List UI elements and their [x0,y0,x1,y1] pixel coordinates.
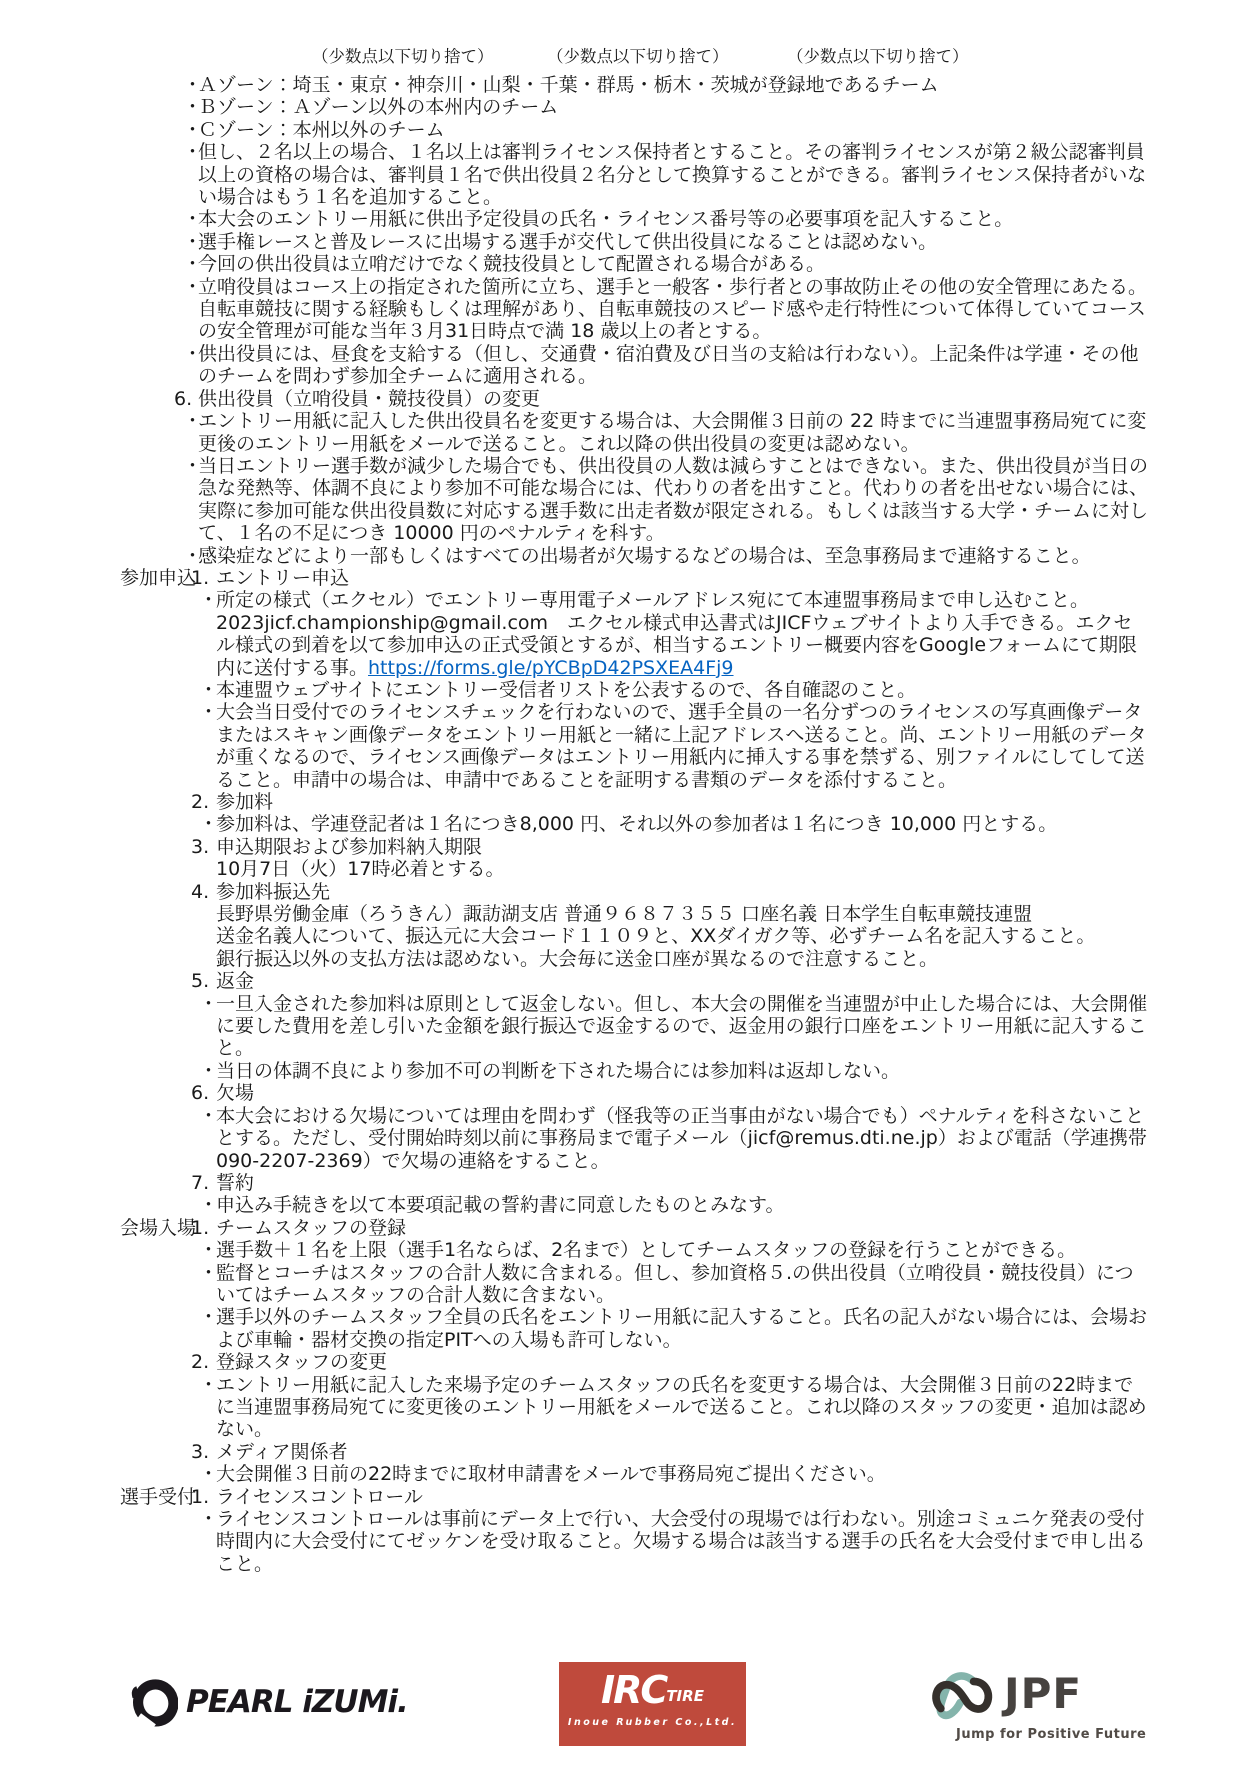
item-heading: 登録スタッフの変更 [216,1351,387,1373]
paragraph: ・申込み手続きを以て本要項記載の誓約書に同意したものとみなす。 [216,1194,1150,1216]
paragraph: ・但し、２名以上の場合、１名以上は審判ライセンス保持者とすること。その審判ライセ… [198,141,1150,208]
item-number: 7. [191,1172,209,1194]
bullet-marker: ・ [183,343,202,365]
numbered-item: 会場入場1.チームスタッフの登録 [0,1217,1253,1239]
paragraph: ・当日の体調不良により参加不可の判断を下された場合には参加料は返却しない。 [216,1060,1150,1082]
bullet-item: ・当日の体調不良により参加不可の判断を下された場合には参加料は返却しない。 [0,1060,1253,1082]
paragraph: 銀行振込以外の支払方法は認めない。大会毎に送金口座が異なるので注意すること。 [216,948,1150,970]
numbered-item: 5.返金 [0,970,1253,992]
item-text: 一旦入金された参加料は原則として返金しない。但し、本大会の開催を当連盟が中止した… [216,993,1147,1060]
paragraph: 1.ライセンスコントロール [216,1486,1150,1508]
text-line: 銀行振込以外の支払方法は認めない。大会毎に送金口座が異なるので注意すること。 [0,948,1253,970]
rounding-note: （少数点以下切り捨て） [547,46,729,68]
document-body: ・Ａゾーン：埼玉・東京・神奈川・山梨・千葉・群馬・栃木・茨城が登録地であるチーム… [0,74,1253,1575]
bullet-marker: ・ [183,208,202,230]
item-text: 本連盟ウェブサイトにエントリー受信者リストを公表するので、各自確認のこと。 [216,679,916,701]
item-text: ライセンスコントロールは事前にデータ上で行い、大会受付の現場では行わない。別途コ… [216,1508,1146,1575]
rounding-note: （少数点以下切り捨て） [312,46,494,68]
bullet-marker: ・ [199,1508,218,1530]
paragraph: 1.チームスタッフの登録 [216,1217,1150,1239]
item-text: 選手権レースと普及レースに出場する選手が交代して供出役員になることは認めない。 [198,231,937,253]
text-line: 10月7日（火）17時必着とする。 [0,858,1253,880]
rounding-notes-row: （少数点以下切り捨て） （少数点以下切り捨て） （少数点以下切り捨て） [0,46,1253,71]
paragraph: ・本連盟ウェブサイトにエントリー受信者リストを公表するので、各自確認のこと。 [216,679,1150,701]
jpf-wordmark: JPF [1004,1672,1082,1716]
pearl-izumi-logo: PEARL iZUMi. [128,1676,408,1728]
paragraph: ・選手以外のチームスタッフ全員の氏名をエントリー用紙に記入すること。氏名の記入が… [216,1306,1150,1351]
paragraph: ・立哨役員はコース上の指定された箇所に立ち、選手と一般客・歩行者との事故防止その… [198,276,1150,343]
item-text: Ａゾーン：埼玉・東京・神奈川・山梨・千葉・群馬・栃木・茨城が登録地であるチーム [198,74,939,96]
paragraph: 7.誓約 [216,1172,1150,1194]
numbered-item: 選手受付1.ライセンスコントロール [0,1486,1253,1508]
item-number: 1. [191,1486,209,1508]
numbered-item: 6.供出役員（立哨役員・競技役員）の変更 [0,388,1253,410]
item-number: 5. [191,970,209,992]
item-number: 2. [191,791,209,813]
bullet-marker: ・ [183,141,202,163]
item-text: 選手以外のチームスタッフ全員の氏名をエントリー用紙に記入すること。氏名の記入がな… [216,1306,1147,1350]
item-number: 3. [191,1441,209,1463]
paragraph: 長野県労働金庫（ろうきん）諏訪湖支店 普通９６８７３５５ 口座名義 日本学生自転… [216,903,1150,925]
paragraph: 6.供出役員（立哨役員・競技役員）の変更 [198,388,1150,410]
numbered-item: 2.登録スタッフの変更 [0,1351,1253,1373]
paragraph: ・選手権レースと普及レースに出場する選手が交代して供出役員になることは認めない。 [198,231,1150,253]
item-text: 銀行振込以外の支払方法は認めない。大会毎に送金口座が異なるので注意すること。 [216,948,938,970]
bullet-item: ・本大会における欠場については理由を問わず（怪我等の正当事由がない場合でも）ペナ… [0,1105,1253,1172]
bullet-item: ・本連盟ウェブサイトにエントリー受信者リストを公表するので、各自確認のこと。 [0,679,1253,701]
pearl-izumi-wordmark: PEARL iZUMi. [186,1691,408,1713]
bullet-marker: ・ [183,276,202,298]
paragraph: ・本大会のエントリー用紙に供出予定役員の氏名・ライセンス番号等の必要事項を記入す… [198,208,1150,230]
numbered-item: 参加申込1.エントリー申込 [0,567,1253,589]
bullet-marker: ・ [199,701,218,723]
item-text: Ｃゾーン：本州以外のチーム [198,119,445,141]
bullet-item: ・大会開催３日前の22時までに取材申請書をメールで事務局宛ご提出ください。 [0,1463,1253,1485]
paragraph: ・監督とコーチはスタッフの合計人数に含まれる。但し、参加資格５.の供出役員（立哨… [216,1262,1150,1307]
rounding-note: （少数点以下切り捨て） [787,46,969,68]
item-heading: ライセンスコントロール [216,1486,423,1508]
numbered-item: 4.参加料振込先 [0,881,1253,903]
item-heading: 参加料振込先 [216,881,330,903]
section-label: 会場入場 [120,1217,196,1239]
paragraph: 2.登録スタッフの変更 [216,1351,1150,1373]
bullet-item: ・申込み手続きを以て本要項記載の誓約書に同意したものとみなす。 [0,1194,1253,1216]
irc-tire-logo: IRC TIRE Inoue Rubber Co.,Ltd. [559,1662,746,1746]
bullet-marker: ・ [199,1463,218,1485]
paragraph: ・大会当日受付でのライセンスチェックを行わないので、選手全員の一名分ずつのライセ… [216,701,1150,791]
item-text: 参加料は、学連登記者は１名につき8,000 円、それ以外の参加者は１名につき 1… [216,813,1057,835]
irc-wordmark: IRC [601,1673,666,1707]
paragraph: 10月7日（火）17時必着とする。 [216,858,1150,880]
bullet-marker: ・ [199,993,218,1015]
paragraph: ・Ａゾーン：埼玉・東京・神奈川・山梨・千葉・群馬・栃木・茨城が登録地であるチーム [198,74,1150,96]
bullet-marker: ・ [183,119,202,141]
item-text: 但し、２名以上の場合、１名以上は審判ライセンス保持者とすること。その審判ライセン… [198,141,1146,208]
bullet-item: ・立哨役員はコース上の指定された箇所に立ち、選手と一般客・歩行者との事故防止その… [0,276,1253,343]
item-number: 6. [191,1082,209,1104]
paragraph: 送金名義人について、振込元に大会コード１１０９と、XXダイガク等、必ずチーム名を… [216,925,1150,947]
item-heading: 欠場 [216,1082,254,1104]
bullet-marker: ・ [183,96,202,118]
document-content: （少数点以下切り捨て） （少数点以下切り捨て） （少数点以下切り捨て） ・Ａゾー… [0,46,1253,1575]
item-text: 感染症などにより一部もしくはすべての出場者が欠場するなどの場合は、至急事務局まで… [198,545,1091,567]
bullet-item: ・感染症などにより一部もしくはすべての出場者が欠場するなどの場合は、至急事務局ま… [0,545,1253,567]
jpf-infinity-icon [928,1666,1000,1722]
item-heading: エントリー申込 [216,567,349,589]
bullet-marker: ・ [183,410,202,432]
bullet-marker: ・ [183,545,202,567]
bullet-item: ・ライセンスコントロールは事前にデータ上で行い、大会受付の現場では行わない。別途… [0,1508,1253,1575]
text-line: 送金名義人について、振込元に大会コード１１０９と、XXダイガク等、必ずチーム名を… [0,925,1253,947]
bullet-item: ・Ｃゾーン：本州以外のチーム [0,119,1253,141]
bullet-marker: ・ [199,1306,218,1328]
item-text: 10月7日（火）17時必着とする。 [216,858,504,880]
item-text: 本大会のエントリー用紙に供出予定役員の氏名・ライセンス番号等の必要事項を記入する… [198,208,1013,230]
bullet-marker: ・ [199,1262,218,1284]
bullet-item: ・エントリー用紙に記入した来場予定のチームスタッフの氏名を変更する場合は、大会開… [0,1374,1253,1441]
bullet-item: ・エントリー用紙に記入した供出役員名を変更する場合は、大会開催３日前の 22 時… [0,410,1253,455]
item-heading: チームスタッフの登録 [216,1217,406,1239]
item-heading: 参加料 [216,791,273,813]
item-text: 本大会における欠場については理由を問わず（怪我等の正当事由がない場合でも）ペナル… [216,1105,1147,1172]
paragraph: 2.参加料 [216,791,1150,813]
bullet-item: ・Ｂゾーン：Ａゾーン以外の本州内のチーム [0,96,1253,118]
paragraph: ・参加料は、学連登記者は１名につき8,000 円、それ以外の参加者は１名につき … [216,813,1150,835]
bullet-item: ・一旦入金された参加料は原則として返金しない。但し、本大会の開催を当連盟が中止し… [0,993,1253,1060]
item-text: 今回の供出役員は立哨だけでなく競技役員として配置される場合がある。 [198,253,825,275]
bullet-item: ・但し、２名以上の場合、１名以上は審判ライセンス保持者とすること。その審判ライセ… [0,141,1253,208]
item-text: 大会開催３日前の22時までに取材申請書をメールで事務局宛ご提出ください。 [216,1463,886,1485]
paragraph: 4.参加料振込先 [216,881,1150,903]
bullet-marker: ・ [183,231,202,253]
item-text: エントリー用紙に記入した来場予定のチームスタッフの氏名を変更する場合は、大会開催… [216,1374,1147,1441]
paragraph: ・今回の供出役員は立哨だけでなく競技役員として配置される場合がある。 [198,253,1150,275]
item-text: 供出役員には、昼食を支給する（但し、交通費・宿泊費及び日当の支給は行わない）。上… [198,343,1139,387]
irc-caption: Inoue Rubber Co.,Ltd. [568,1712,737,1734]
item-text: Ｂゾーン：Ａゾーン以外の本州内のチーム [198,96,558,118]
section-label: 選手受付 [120,1486,196,1508]
paragraph: ・当日エントリー選手数が減少した場合でも、供出役員の人数は減らすことはできない。… [198,455,1150,545]
item-text: 送金名義人について、振込元に大会コード１１０９と、XXダイガク等、必ずチーム名を… [216,925,1095,947]
paragraph: ・エントリー用紙に記入した供出役員名を変更する場合は、大会開催３日前の 22 時… [198,410,1150,455]
paragraph: ・大会開催３日前の22時までに取材申請書をメールで事務局宛ご提出ください。 [216,1463,1150,1485]
item-number: 4. [191,881,209,903]
bullet-marker: ・ [199,1105,218,1127]
item-number: 6. [174,388,192,410]
item-text: 立哨役員はコース上の指定された箇所に立ち、選手と一般客・歩行者との事故防止その他… [198,276,1147,343]
item-text: 監督とコーチはスタッフの合計人数に含まれる。但し、参加資格５.の供出役員（立哨役… [216,1262,1134,1306]
jpf-caption: Jump for Positive Future [956,1724,1146,1746]
bullet-item: ・監督とコーチはスタッフの合計人数に含まれる。但し、参加資格５.の供出役員（立哨… [0,1262,1253,1307]
text-line: 長野県労働金庫（ろうきん）諏訪湖支店 普通９６８７３５５ 口座名義 日本学生自転… [0,903,1253,925]
bullet-marker: ・ [183,455,202,477]
paragraph: 3.申込期限および参加料納入期限 [216,836,1150,858]
bullet-marker: ・ [199,813,218,835]
item-text: 選手数＋１名を上限（選手1名ならば、2名まで）としてチームスタッフの登録を行うこ… [216,1239,1076,1261]
sponsor-footer: PEARL iZUMi. IRC TIRE Inoue Rubber Co.,L… [0,1660,1253,1755]
paragraph: ・エントリー用紙に記入した来場予定のチームスタッフの氏名を変更する場合は、大会開… [216,1374,1150,1441]
item-text: エントリー用紙に記入した供出役員名を変更する場合は、大会開催３日前の 22 時ま… [198,410,1146,454]
bullet-marker: ・ [183,74,202,96]
bullet-item: ・大会当日受付でのライセンスチェックを行わないので、選手全員の一名分ずつのライセ… [0,701,1253,791]
paragraph: 1.エントリー申込 [216,567,1150,589]
paragraph: 3.メディア関係者 [216,1441,1150,1463]
paragraph: ・本大会における欠場については理由を問わず（怪我等の正当事由がない場合でも）ペナ… [216,1105,1150,1172]
item-text: 申込み手続きを以て本要項記載の誓約書に同意したものとみなす。 [216,1194,784,1216]
item-text: 当日エントリー選手数が減少した場合でも、供出役員の人数は減らすことはできない。ま… [198,455,1148,544]
bullet-item: ・選手以外のチームスタッフ全員の氏名をエントリー用紙に記入すること。氏名の記入が… [0,1306,1253,1351]
bullet-item: ・供出役員には、昼食を支給する（但し、交通費・宿泊費及び日当の支給は行わない）。… [0,343,1253,388]
paragraph: ・感染症などにより一部もしくはすべての出場者が欠場するなどの場合は、至急事務局ま… [198,545,1150,567]
bullet-marker: ・ [199,1374,218,1396]
paragraph: ・一旦入金された参加料は原則として返金しない。但し、本大会の開催を当連盟が中止し… [216,993,1150,1060]
item-number: 3. [191,836,209,858]
numbered-item: 2.参加料 [0,791,1253,813]
bullet-item: ・Ａゾーン：埼玉・東京・神奈川・山梨・千葉・群馬・栃木・茨城が登録地であるチーム [0,74,1253,96]
irc-tire-text: TIRE [666,1685,704,1707]
bullet-item: ・選手数＋１名を上限（選手1名ならば、2名まで）としてチームスタッフの登録を行う… [0,1239,1253,1261]
item-number: 1. [191,567,209,589]
item-text: 大会当日受付でのライセンスチェックを行わないので、選手全員の一名分ずつのライセン… [216,701,1146,790]
paragraph: ・供出役員には、昼食を支給する（但し、交通費・宿泊費及び日当の支給は行わない）。… [198,343,1150,388]
jpf-logo: JPF Jump for Positive Future [928,1666,1146,1746]
paragraph: ・Ｂゾーン：Ａゾーン以外の本州内のチーム [198,96,1150,118]
item-number: 2. [191,1351,209,1373]
bullet-marker: ・ [199,1194,218,1216]
numbered-item: 3.メディア関係者 [0,1441,1253,1463]
item-number: 1. [191,1217,209,1239]
numbered-item: 3.申込期限および参加料納入期限 [0,836,1253,858]
bullet-item: ・所定の様式（エクセル）でエントリー専用電子メールアドレス宛にて本連盟事務局まで… [0,589,1253,679]
section-label: 参加申込 [120,567,196,589]
item-text: 長野県労働金庫（ろうきん）諏訪湖支店 普通９６８７３５５ 口座名義 日本学生自転… [216,903,1032,925]
item-text: 当日の体調不良により参加不可の判断を下された場合には参加料は返却しない。 [216,1060,900,1082]
bullet-item: ・参加料は、学連登記者は１名につき8,000 円、それ以外の参加者は１名につき … [0,813,1253,835]
bullet-marker: ・ [199,1239,218,1261]
item-heading: 申込期限および参加料納入期限 [216,836,482,858]
bullet-item: ・選手権レースと普及レースに出場する選手が交代して供出役員になることは認めない。 [0,231,1253,253]
bullet-marker: ・ [199,1060,218,1082]
item-heading: 供出役員（立哨役員・競技役員）の変更 [198,388,540,410]
paragraph: ・所定の様式（エクセル）でエントリー専用電子メールアドレス宛にて本連盟事務局まで… [216,589,1150,679]
bullet-marker: ・ [199,589,218,611]
entry-form-link[interactable]: https://forms.gle/pYCBpD42PSXEA4Fj9 [368,657,734,679]
pearl-izumi-icon [128,1676,178,1728]
bullet-item: ・当日エントリー選手数が減少した場合でも、供出役員の人数は減らすことはできない。… [0,455,1253,545]
document-page: （少数点以下切り捨て） （少数点以下切り捨て） （少数点以下切り捨て） ・Ａゾー… [0,0,1253,1771]
item-heading: 返金 [216,970,254,992]
bullet-item: ・今回の供出役員は立哨だけでなく競技役員として配置される場合がある。 [0,253,1253,275]
item-heading: メディア関係者 [216,1441,347,1463]
paragraph: ・Ｃゾーン：本州以外のチーム [198,119,1150,141]
paragraph: 6.欠場 [216,1082,1150,1104]
paragraph: 5.返金 [216,970,1150,992]
bullet-marker: ・ [183,253,202,275]
numbered-item: 7.誓約 [0,1172,1253,1194]
bullet-item: ・本大会のエントリー用紙に供出予定役員の氏名・ライセンス番号等の必要事項を記入す… [0,208,1253,230]
item-heading: 誓約 [216,1172,254,1194]
numbered-item: 6.欠場 [0,1082,1253,1104]
bullet-marker: ・ [199,679,218,701]
paragraph: ・選手数＋１名を上限（選手1名ならば、2名まで）としてチームスタッフの登録を行う… [216,1239,1150,1261]
paragraph: ・ライセンスコントロールは事前にデータ上で行い、大会受付の現場では行わない。別途… [216,1508,1150,1575]
